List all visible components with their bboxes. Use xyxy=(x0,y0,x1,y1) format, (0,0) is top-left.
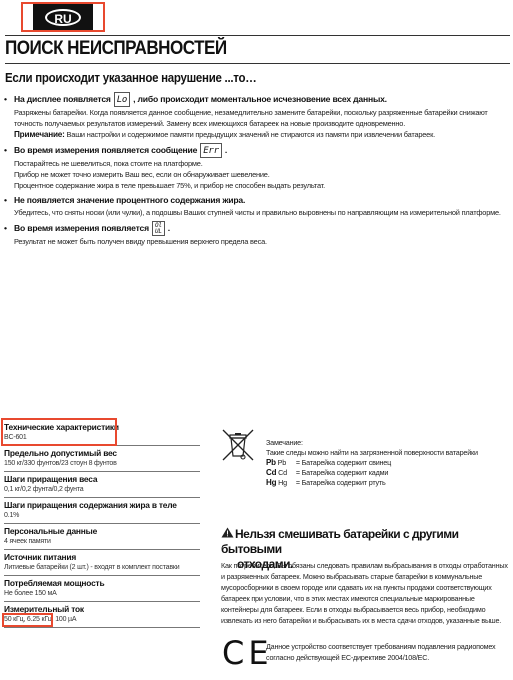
page-title: ПОИСК НЕИСПРАВНОСТЕЙ xyxy=(5,38,227,60)
note-label: Примечание: xyxy=(14,130,65,139)
issue-heading-tail: , либо происходит моментальное исчезнове… xyxy=(133,93,387,106)
warning-triangle-icon xyxy=(221,527,235,542)
lcd-lo-icon: Lo xyxy=(114,92,130,107)
language-badge-highlight: RU xyxy=(21,2,105,32)
warning-body: Как потребитель, Вы обязаны следовать пр… xyxy=(221,560,511,626)
bullet: • xyxy=(4,144,12,157)
issue-heading: На дисплее появляется xyxy=(14,93,111,106)
issue-item: • Во время измерения появляется Ol UL . … xyxy=(4,221,509,247)
highlighted-value: 50 кГц, 6.25 кГц, xyxy=(4,615,53,625)
spec-row-weight-increment: Шаги приращения веса 0,1 кг/0,2 фунта/0,… xyxy=(4,472,200,498)
language-code: RU xyxy=(45,9,81,26)
specifications: Технические характеристики BC-601 Предел… xyxy=(4,420,200,628)
spec-row-model: Технические характеристики BC-601 xyxy=(4,420,200,446)
issue-description: Результат не может быть получен ввиду пр… xyxy=(4,236,509,247)
note-line: Такие следы можно найти на загрязненной … xyxy=(266,448,478,458)
title-divider xyxy=(5,63,510,64)
issue-heading: Во время измерения появляется сообщение xyxy=(14,144,197,157)
bullet: • xyxy=(4,194,12,207)
issue-description-line: Процентное содержание жира в теле превыш… xyxy=(4,180,509,191)
issue-description: Разряжены батарейки. Когда появляется да… xyxy=(4,107,509,129)
note-item-pb: Pb Pb = Батарейка содержит свинец xyxy=(266,458,478,468)
battery-note: Замечание: Такие следы можно найти на за… xyxy=(266,438,478,488)
issue-description-line: Постарайтесь не шевелиться, пока стоите … xyxy=(4,158,509,169)
note-title: Замечание: xyxy=(266,438,478,448)
issue-description-line: Прибор не может точно измерить Ваш вес, … xyxy=(4,169,509,180)
lcd-overload-icon: Ol UL xyxy=(152,221,165,236)
spec-row-power-source: Источник питания Литиевые батарейки (2 ш… xyxy=(4,550,200,576)
crossed-out-wheelie-bin-icon xyxy=(221,428,255,462)
issue-item: • Не появляется значение процентного сод… xyxy=(4,194,509,218)
section-subtitle: Если происходит указанное нарушение ...т… xyxy=(5,71,256,85)
ce-mark-icon: CE xyxy=(222,637,273,669)
issue-heading: Во время измерения появляется xyxy=(14,222,149,235)
issue-item: • Во время измерения появляется сообщени… xyxy=(4,143,509,191)
spec-row-fat-increment: Шаги приращения содержания жира в теле 0… xyxy=(4,498,200,524)
bullet: • xyxy=(4,93,12,106)
spec-row-personal-data: Персональные данные 4 ячеек памяти xyxy=(4,524,200,550)
spec-row-measuring-current: Измерительный ток 50 кГц, 6.25 кГц, 100 … xyxy=(4,602,200,628)
issue-description: Убедитесь, что сняты носки (или чулки), … xyxy=(4,207,509,218)
lcd-err-icon: Err xyxy=(200,143,222,158)
troubleshooting-list: • На дисплее появляется Lo , либо происх… xyxy=(4,92,509,250)
spec-row-max-weight: Предельно допустимый вес 150 кг/330 фунт… xyxy=(4,446,200,472)
language-badge: RU xyxy=(33,4,93,30)
spec-row-power-consumption: Потребляемая мощность Не более 150 мА xyxy=(4,576,200,602)
note-item-hg: Hg Hg = Батарейка содержит ртуть xyxy=(266,478,478,488)
issue-heading-tail: . xyxy=(168,222,170,235)
top-divider xyxy=(5,35,510,36)
ce-compliance-text: Данное устройство соответствует требован… xyxy=(266,641,506,663)
bullet: • xyxy=(4,222,12,235)
note-text: Ваши настройки и содержимое памяти преды… xyxy=(65,130,435,139)
issue-heading: Не появляется значение процентного содер… xyxy=(14,194,245,207)
note-item-cd: Cd Cd = Батарейка содержит кадми xyxy=(266,468,478,478)
issue-heading-tail: . xyxy=(225,144,227,157)
issue-note: Примечание: Ваши настройки и содержимое … xyxy=(4,129,509,140)
issue-item: • На дисплее появляется Lo , либо происх… xyxy=(4,92,509,140)
highlight-box xyxy=(1,418,117,446)
